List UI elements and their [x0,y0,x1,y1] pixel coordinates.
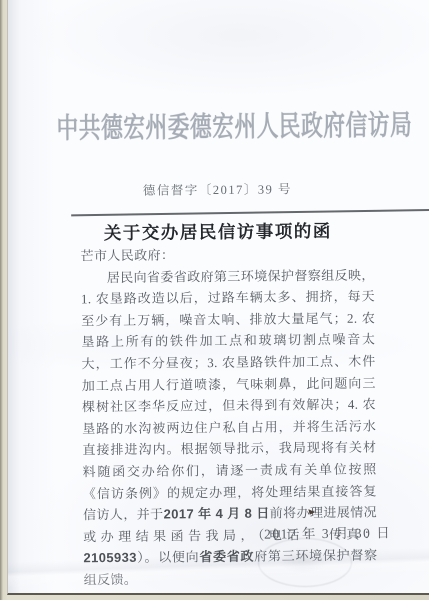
doc-number: 德信督字〔2017〕39 号 [7,178,428,200]
body-text-segment: 省委省政 [199,549,254,565]
salutation: 芒市人民政府： [80,242,374,266]
body-text-segment: 2017 年 4 月 8 日 [163,506,269,522]
faint-seal-stamp-icon [258,538,352,587]
separator-rule [71,209,429,216]
date-line: 2017 年 3 月 30 日 [264,521,391,542]
body-text-segment: 居民向省委省政府第三环境保护督察组反映，1. 农垦路改造以后，过路车辆太多、拥挤… [81,267,377,522]
scanner-background: 中共德宏州委德宏州人民政府信访局 德信督字〔2017〕39 号 关于交办居民信访… [0,0,429,600]
letterhead: 中共德宏州委德宏州人民政府信访局 [6,107,427,149]
body-text-segment: ）。以便向 [137,550,200,566]
document-content: 中共德宏州委德宏州人民政府信访局 德信督字〔2017〕39 号 关于交办居民信访… [5,0,429,595]
body-text-segment: 2105933 [83,550,137,566]
letterhead-title: 中共德宏州委德宏州人民政府信访局 [56,107,412,148]
document-page: 中共德宏州委德宏州人民政府信访局 德信督字〔2017〕39 号 关于交办居民信访… [7,0,429,595]
